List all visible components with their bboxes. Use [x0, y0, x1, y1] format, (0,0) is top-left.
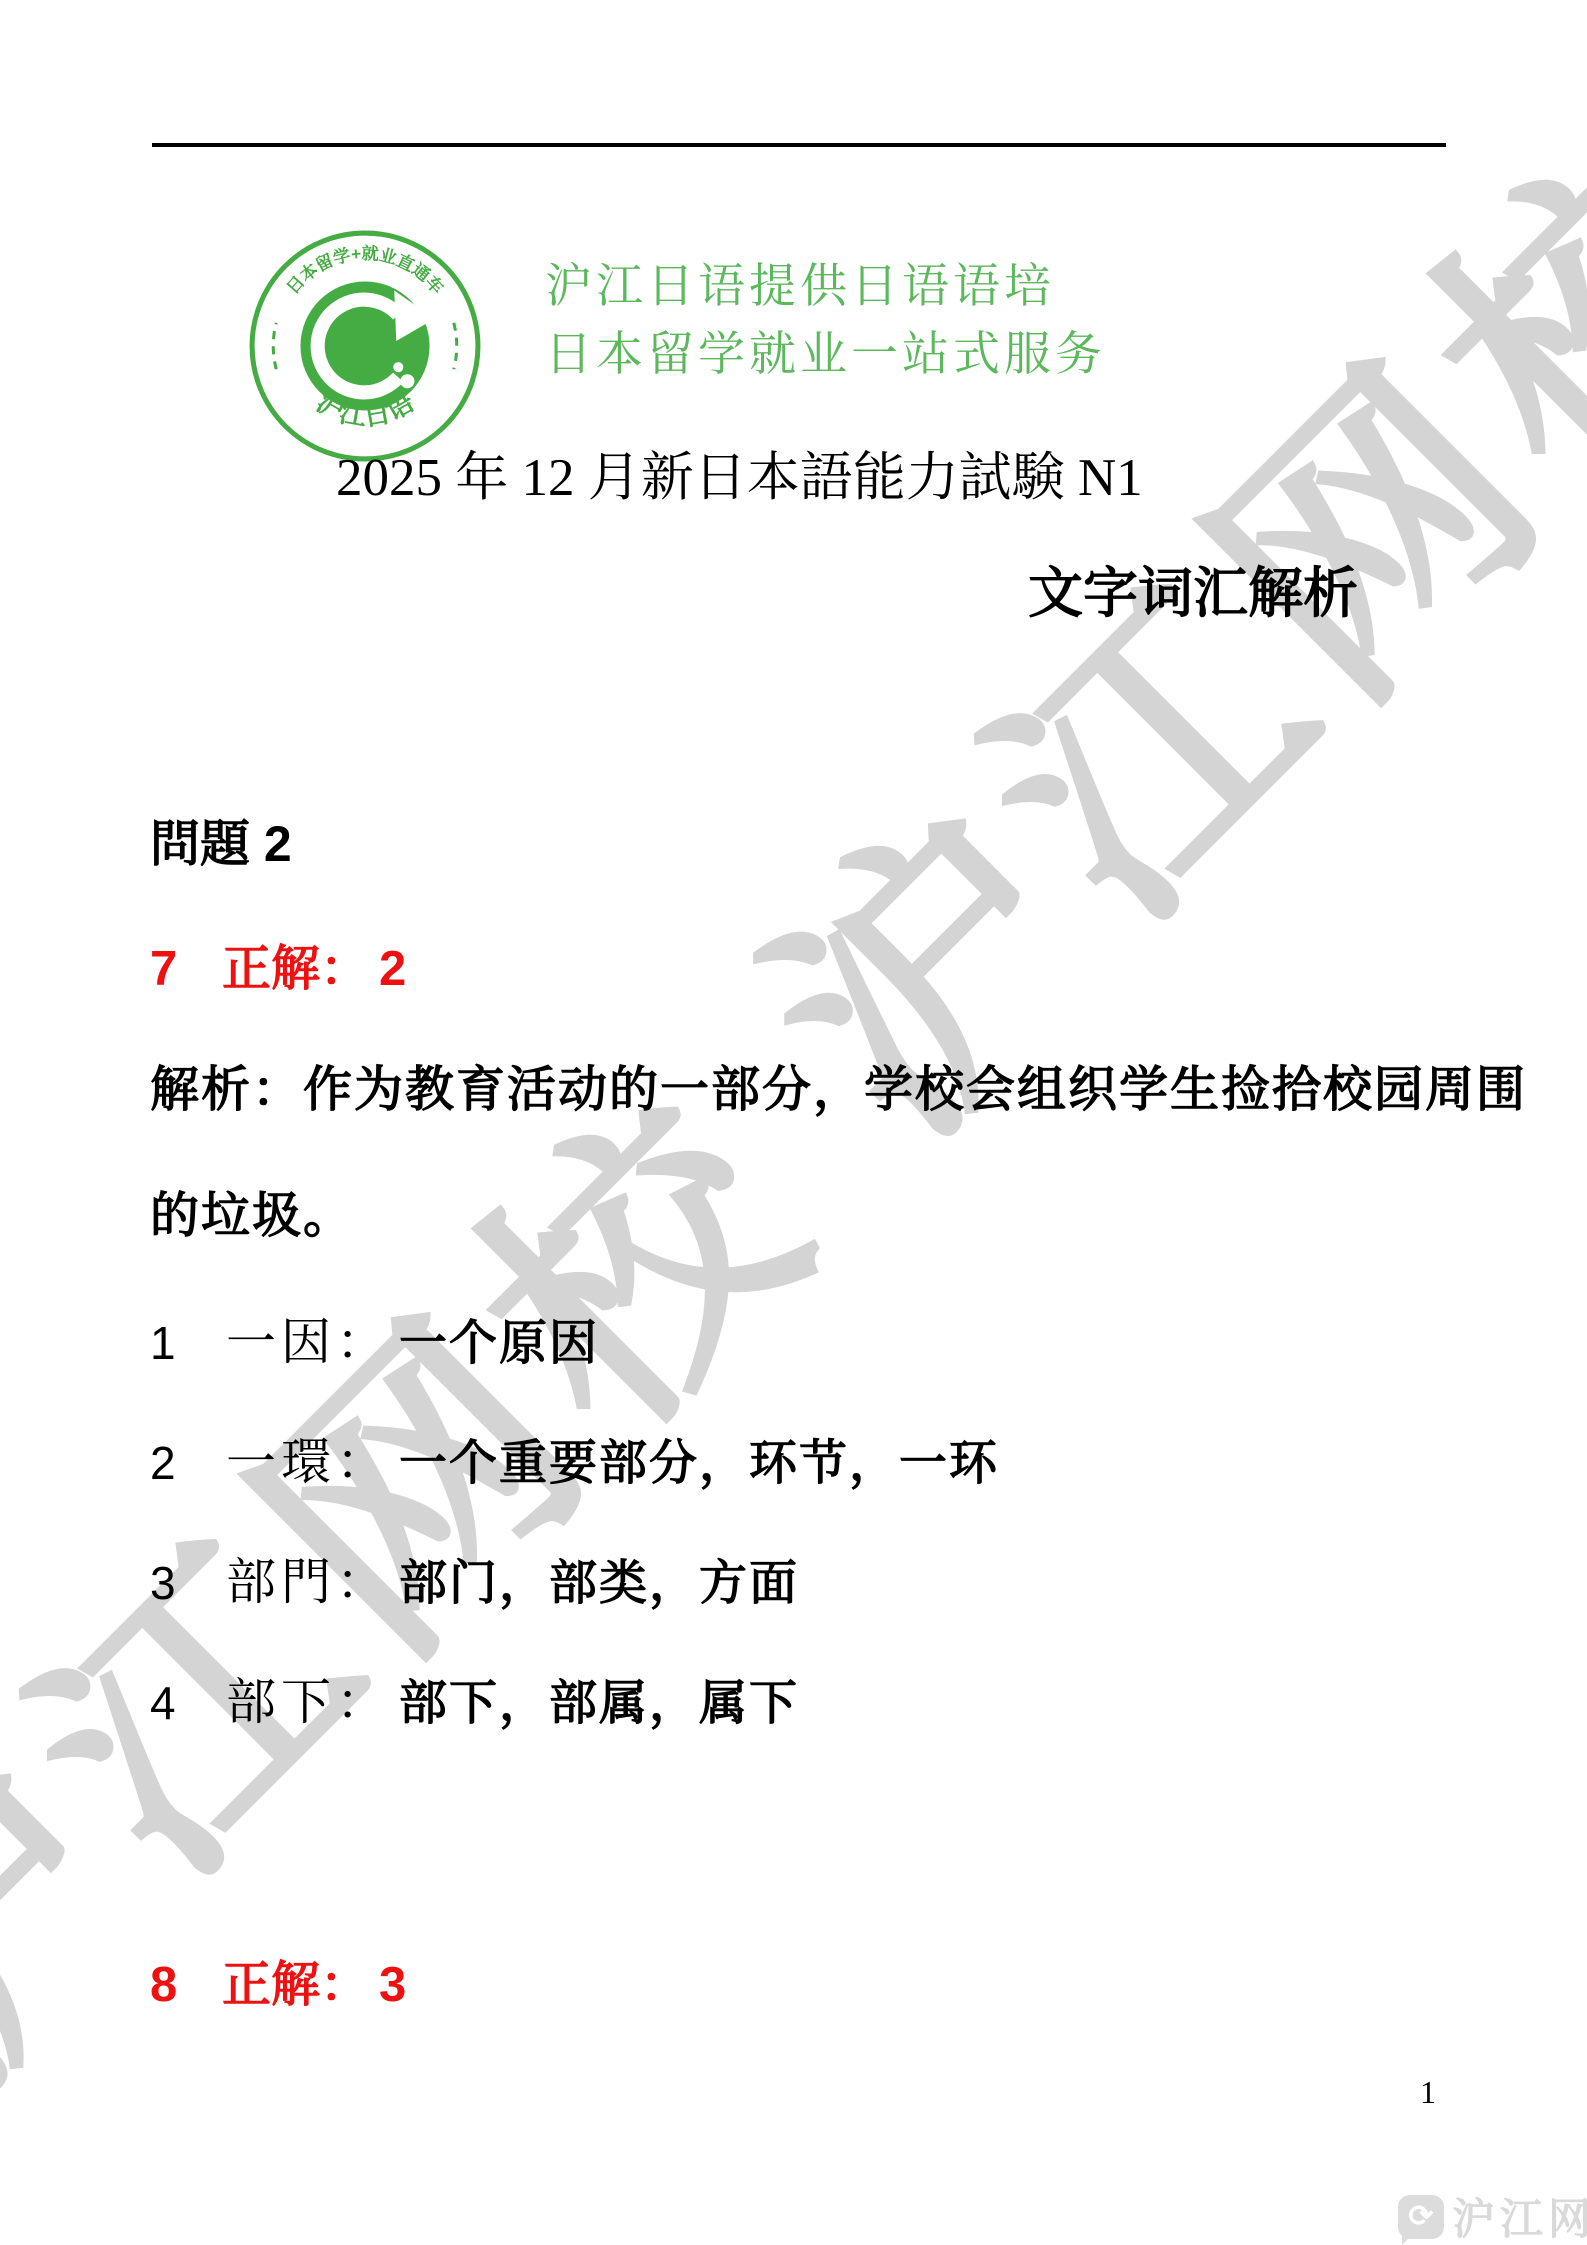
tagline-line1: 沪江日语提供日语语培 — [545, 252, 1106, 320]
option-number: 1 — [150, 1316, 226, 1370]
header-rule — [152, 143, 1446, 147]
logo-tagline: 沪江日语提供日语语培 日本留学就业一站式服务 — [545, 252, 1106, 388]
option-row-4: 4部下：部下，部属，属下 — [150, 1662, 799, 1734]
option-number: 2 — [150, 1436, 226, 1490]
footer-brand-text: 沪江网 — [1452, 2186, 1587, 2245]
question-number: 7 — [150, 941, 222, 997]
logo-badge-svg: 日本留学+就业直通车 沪江日语 — [245, 226, 485, 466]
answer-line-q8: 8正解：3 — [150, 1946, 406, 2016]
document-subtitle: 文字词汇解析 — [1028, 549, 1358, 628]
option-row-3: 3部門：部门，部类，方面 — [150, 1542, 799, 1614]
answer-value: 3 — [379, 1958, 406, 2012]
option-colon: ： — [336, 1434, 391, 1490]
section-heading: 問題 2 — [150, 804, 292, 876]
content-layer: 日本留学+就业直通车 沪江日语 沪江日语提供日语语培 日本留学就业一站式服务 2… — [0, 0, 1587, 2245]
document-title: 2025 年 12 月新日本語能力試験 N1 — [336, 448, 1143, 508]
option-colon: ： — [336, 1314, 391, 1370]
option-word: 部下 — [226, 1674, 336, 1730]
page-number: 1 — [1420, 2074, 1436, 2111]
answer-line-q7: 7正解：2 — [150, 930, 406, 1000]
explanation-line-1: 解析：作为教育活动的一部分，学校会组织学生捡拾校园周围 — [150, 1051, 1527, 1121]
option-colon: ： — [336, 1674, 391, 1730]
hujiang-japanese-logo-icon: 日本留学+就业直通车 沪江日语 — [245, 226, 485, 466]
option-row-2: 2一環：一个重要部分，环节，一环 — [150, 1422, 999, 1494]
option-gloss: 部门，部类，方面 — [399, 1557, 799, 1610]
answer-label: 正解： — [222, 942, 369, 996]
option-word: 一環 — [226, 1434, 336, 1490]
option-number: 4 — [150, 1676, 226, 1730]
answer-label: 正解： — [222, 1958, 369, 2012]
footer-brand: ⟳ 沪江网 — [1398, 2186, 1587, 2245]
option-gloss: 一个重要部分，环节，一环 — [399, 1437, 999, 1490]
answer-value: 2 — [379, 942, 406, 996]
option-number: 3 — [150, 1556, 226, 1610]
explanation-line-2: 的垃圾。 — [150, 1177, 354, 1247]
hujiang-refresh-icon: ⟳ — [1398, 2195, 1444, 2239]
question-number: 8 — [150, 1957, 222, 2013]
option-gloss: 一个原因 — [399, 1317, 599, 1370]
option-word: 一因 — [226, 1314, 336, 1370]
tagline-line2: 日本留学就业一站式服务 — [545, 320, 1106, 388]
option-gloss: 部下，部属，属下 — [399, 1677, 799, 1730]
option-colon: ： — [336, 1554, 391, 1610]
option-row-1: 1一因：一个原因 — [150, 1302, 599, 1374]
document-page: 沪江网校 沪江网校 日本留学+就业直通车 沪江日语 — [0, 0, 1587, 2245]
option-word: 部門 — [226, 1554, 336, 1610]
